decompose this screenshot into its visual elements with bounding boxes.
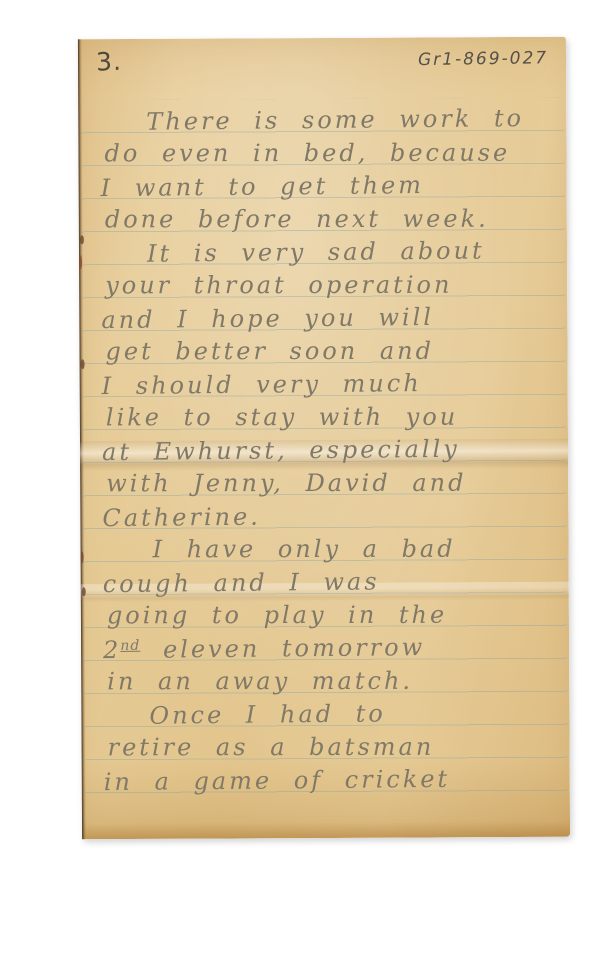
paper-tear-mark [81, 359, 85, 369]
letter-text: There is some work to [146, 104, 524, 136]
letter-line: It is very sad about [101, 234, 553, 271]
letter-paper: 3. Gr1-869-027 There is some work todo e… [78, 37, 570, 840]
letter-line: There is some work to [100, 102, 552, 139]
scan-background: 3. Gr1-869-027 There is some work todo e… [0, 0, 600, 960]
letter-line: Once I had to [103, 696, 555, 733]
letter-text: like to stay with you [106, 403, 458, 432]
letter-line: your throat operation [105, 269, 557, 303]
ordinal-suffix: nd [120, 638, 140, 654]
letter-text: done before next week. [105, 205, 489, 234]
letter-line: I have only a bad [107, 533, 559, 567]
paper-tear-mark [81, 551, 84, 563]
reference-code: Gr1-869-027 [418, 48, 548, 70]
letter-line: do even in bed, because [104, 137, 556, 171]
paper-fold-edge [78, 39, 86, 839]
letter-line: Catherine. [102, 498, 554, 535]
letter-line: in an away match. [107, 665, 559, 699]
letter-text: cough and I was [103, 567, 380, 598]
letter-line: 2nd eleven tomorrow [103, 630, 555, 667]
letter-text: 2 [103, 636, 122, 664]
letter-line: at Ewhurst, especially [102, 432, 554, 469]
letter-text: I have only a bad [153, 535, 456, 564]
letter-text: I want to get them [101, 171, 425, 202]
letter-body: There is some work todo even in bed, bec… [100, 103, 556, 798]
letter-text: Catherine. [102, 503, 261, 533]
letter-text: in a game of cricket [104, 765, 451, 796]
letter-text: your throat operation [105, 271, 452, 300]
letter-line: cough and I was [103, 564, 555, 601]
letter-line: with Jenny, David and [106, 467, 558, 501]
letter-text: going to play in the [107, 601, 447, 630]
letter-text: at Ewhurst, especially [102, 435, 460, 466]
letter-line: going to play in the [107, 599, 559, 633]
letter-text: Once I had to [149, 699, 386, 729]
letter-line: like to stay with you [106, 401, 558, 435]
letter-line: and I hope you will [101, 300, 553, 337]
letter-text: It is very sad about [147, 236, 485, 267]
paper-tear-mark [82, 587, 86, 596]
letter-text: I should very much [102, 369, 422, 400]
letter-text: and I hope you will [101, 303, 434, 334]
letter-text: retire as a batsman [108, 733, 435, 762]
letter-text: in an away match. [107, 667, 413, 696]
letter-text: do even in bed, because [104, 139, 510, 168]
letter-text: get better soon and [106, 337, 434, 366]
letter-text: eleven tomorrow [141, 633, 425, 664]
page-number: 3. [95, 47, 122, 77]
paper-tear-mark [79, 255, 82, 269]
letter-line: I should very much [102, 366, 554, 403]
letter-line: in a game of cricket [104, 762, 556, 799]
letter-line: get better soon and [106, 335, 558, 369]
letter-line: retire as a batsman [108, 731, 560, 765]
letter-line: done before next week. [105, 203, 557, 237]
paper-tear-mark [80, 235, 84, 244]
letter-text: with Jenny, David and [106, 469, 466, 498]
letter-line: I want to get them [101, 168, 553, 205]
